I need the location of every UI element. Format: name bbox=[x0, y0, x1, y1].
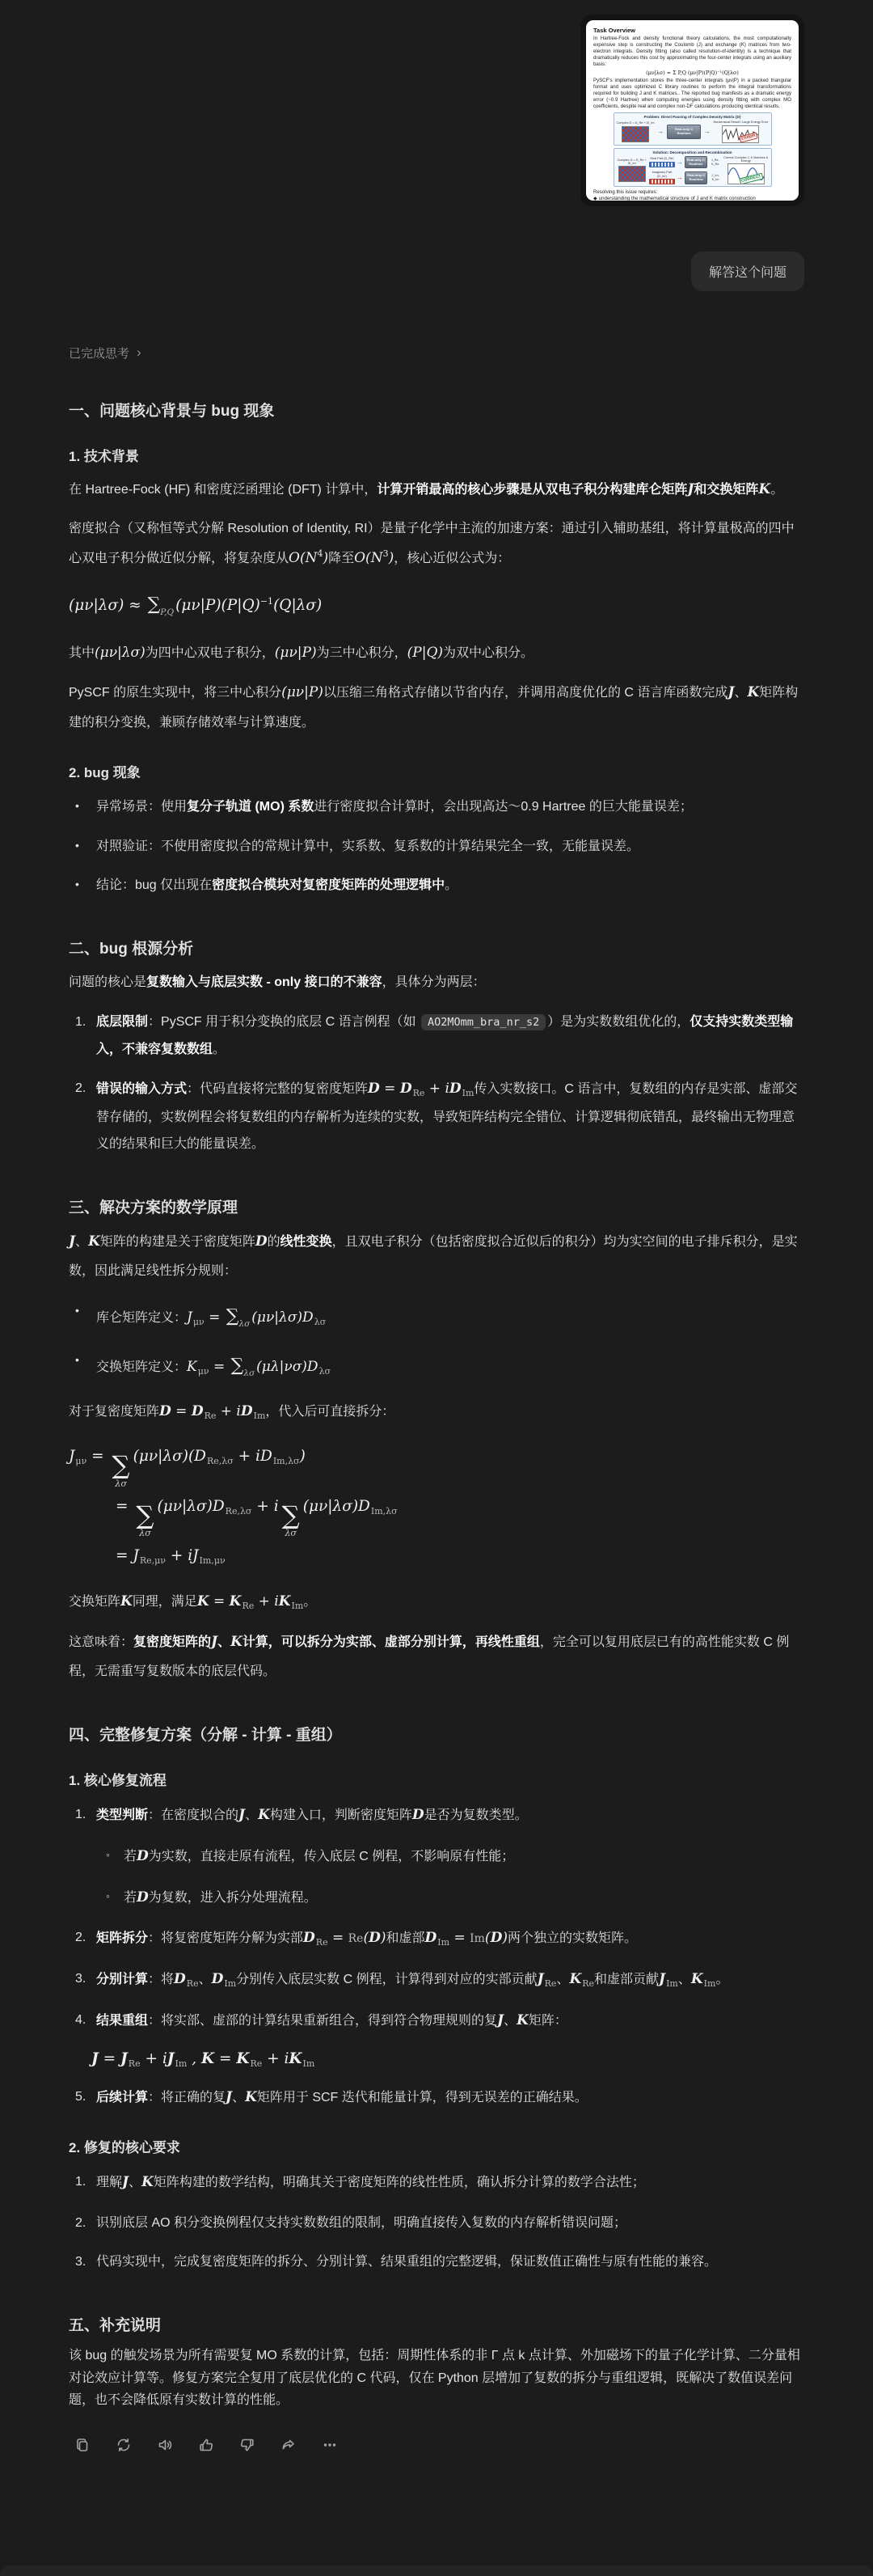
answer-list-item: •异常场景：使用复分子轨道 (MO) 系数进行密度拟合计算时，会出现高达～0.9… bbox=[69, 793, 804, 821]
text-run: 、 bbox=[678, 1973, 691, 1986]
math-run: ) bbox=[502, 1930, 508, 1946]
math-bold-run: J bbox=[497, 2012, 504, 2028]
list-marker: 1. bbox=[75, 2168, 96, 2197]
math-run: + i bbox=[216, 1403, 241, 1419]
math-run: = J bbox=[116, 1547, 139, 1564]
math-bold-run: K bbox=[569, 1971, 581, 1987]
list-marker: 2. bbox=[75, 1924, 96, 1953]
math-bold-run: D bbox=[159, 1403, 171, 1419]
math-bold-run: K bbox=[230, 1634, 242, 1650]
math-bold-run: J bbox=[538, 1971, 544, 1987]
list-marker: • bbox=[75, 873, 96, 900]
copy-button[interactable] bbox=[69, 2431, 96, 2459]
bold-run: 复密度矩阵的 bbox=[133, 1635, 211, 1649]
text-run: 为实数，直接走原有流程，传入底层 C 例程，不影响原有性能； bbox=[149, 1850, 514, 1863]
c-routine-box: Real-only C Routines bbox=[685, 171, 707, 184]
math-run: = bbox=[86, 1448, 108, 1465]
attachment-image[interactable]: Task Overview In Hartree-Fock and densit… bbox=[580, 15, 804, 206]
math-bold-run: J bbox=[91, 2050, 99, 2067]
math-run: O(N bbox=[289, 550, 317, 566]
subscript-run: Re bbox=[250, 2058, 262, 2069]
paper-paragraph-2: PySCF's implementation stores the three-… bbox=[593, 78, 791, 110]
thumbs-up-button[interactable] bbox=[192, 2431, 220, 2459]
answer-list-item: 5.后续计算：将正确的复J、K矩阵用于 SCF 迭代和能量计算，得到无误差的正确… bbox=[69, 2083, 804, 2113]
text-run: 结论：bug 仅出现在 bbox=[96, 878, 212, 892]
answer-section-heading: 二、bug 根源分析 bbox=[69, 937, 804, 958]
math-run: (μν|λσ) ≈ bbox=[69, 597, 146, 614]
math-run: + i bbox=[424, 1081, 449, 1097]
user-prompt-bubble[interactable]: 解答这个问题 bbox=[691, 252, 804, 291]
list-item-text: 错误的输入方式：代码直接将完整的复密度矩阵D = DRe + iDIm传入实数接… bbox=[96, 1075, 804, 1158]
math-bold-run: J bbox=[659, 1971, 665, 1987]
imag-output-label: J_Im, K_Im bbox=[709, 174, 722, 181]
math-bold-run: K bbox=[691, 1971, 703, 1987]
chat-column: Task Overview In Hartree-Fock and densit… bbox=[69, 0, 804, 2459]
answer-paragraph: 密度拟合（又称恒等式分解 Resolution of Identity, RI）… bbox=[69, 514, 804, 573]
math-bold-run: J bbox=[69, 1233, 75, 1250]
text-run: ：PySCF 用于积分变换的底层 C 语言例程（如 bbox=[148, 1015, 420, 1029]
text-run: 该 bug 的触发场景为所有需要复 MO 系数的计算，包括：周期性体系的非 Γ … bbox=[69, 2349, 800, 2407]
math-run: (μν|λσ)D bbox=[158, 1498, 225, 1515]
math-bold-run: D bbox=[425, 1930, 437, 1946]
answer-paragraph: 其中(μν|λσ)为四中心双电子积分，(μν|P)为三中心积分，(P|Q)为双中… bbox=[69, 638, 804, 668]
math-run: O(N bbox=[354, 550, 382, 566]
math-run: + iJ bbox=[166, 1547, 199, 1564]
text-run: 和虚部 bbox=[386, 1931, 425, 1945]
text-run: ：将复密度矩阵分解为实部 bbox=[148, 1931, 303, 1945]
complex-matrix-graphic bbox=[618, 166, 646, 182]
text-run: 和虚部贡献 bbox=[594, 1973, 659, 1986]
math-run: (μν|P)(P|Q) bbox=[175, 597, 260, 614]
math-bold-run: J bbox=[211, 1634, 217, 1650]
math-block: J = JRe + iJIm , K = KRe + iKIm bbox=[69, 2050, 804, 2069]
text-run: 二、bug 根源分析 bbox=[69, 941, 193, 958]
list-marker: 1. bbox=[75, 1801, 96, 1830]
text-run: 2. bug 现象 bbox=[69, 765, 141, 780]
list-item-text: 后续计算：将正确的复J、K矩阵用于 SCF 迭代和能量计算，得到无误差的正确结果… bbox=[96, 2083, 804, 2113]
solution-panel-title: Solution: Decomposition and Recombinatio… bbox=[617, 150, 769, 154]
text-run: 问题的核心是 bbox=[69, 975, 146, 989]
text-run: 在 Hartree-Fock (HF) 和密度泛函理论 (DFT) 计算中， bbox=[69, 483, 377, 497]
math-run: = bbox=[209, 1593, 230, 1609]
arrow-icon: → bbox=[677, 175, 683, 181]
list-item-text: 对照验证：不使用密度拟合的常规计算中，实系数、复系数的计算结果完全一致，无能量误… bbox=[96, 833, 804, 861]
text-run: 为双中心积分。 bbox=[443, 646, 533, 660]
regenerate-button[interactable] bbox=[110, 2431, 137, 2459]
bold-run: 矩阵拆分 bbox=[96, 1931, 148, 1945]
math-operator-run: Re bbox=[348, 1932, 364, 1945]
answer-list-item: •结论：bug 仅出现在密度拟合模块对复密度矩阵的处理逻辑中。 bbox=[69, 872, 804, 899]
text-run: 若 bbox=[124, 1891, 137, 1905]
solution-result-label: Correct Complex J, K Matrices & Energy bbox=[723, 156, 769, 163]
text-run: 、 bbox=[504, 2014, 517, 2028]
thinking-toggle[interactable]: 已完成思考 › bbox=[69, 345, 141, 362]
chevron-right-icon: › bbox=[137, 345, 141, 361]
math-run: (Q|λσ) bbox=[273, 597, 322, 614]
math-bold-run: K bbox=[120, 1593, 133, 1609]
correct-wave-graphic: CORRECT bbox=[727, 163, 765, 184]
subscript-run: Re,μν bbox=[140, 1555, 166, 1566]
imag-part-chip bbox=[649, 179, 675, 184]
summation-display: ∑λσ bbox=[136, 1503, 154, 1538]
paper-requirements: Resolving this issue requires: ◆understa… bbox=[593, 189, 791, 201]
text-run: ，具体分为两层： bbox=[382, 975, 486, 989]
text-run: ：代码直接将完整的复密度矩阵 bbox=[187, 1082, 368, 1096]
text-run: 的 bbox=[268, 1235, 280, 1249]
text-run: ：将实部、虚部的计算结果重新组合，得到符合物理规则的复 bbox=[148, 2014, 497, 2028]
math-bold-run: K bbox=[279, 1593, 291, 1609]
task-overview-paper: Task Overview In Hartree-Fock and densit… bbox=[586, 20, 799, 201]
text-run: 降至 bbox=[328, 552, 354, 565]
math-run: + i bbox=[254, 1593, 279, 1609]
subscript-run: Re bbox=[205, 1411, 217, 1421]
bold-run: 分别计算 bbox=[96, 1973, 148, 1986]
imag-part-label: Imaginary Part (D_Im) bbox=[649, 171, 675, 178]
text-run: 识别底层 AO 积分变换例程仅支持实数数组的限制，明确直接传入复数的内存解析错误… bbox=[96, 2216, 626, 2230]
text-run: 。 bbox=[303, 1595, 316, 1609]
text-run: 分别传入底层实数 C 例程，计算得到对应的实部贡献 bbox=[236, 1973, 537, 1986]
list-item-text: 异常场景：使用复分子轨道 (MO) 系数进行密度拟合计算时，会出现高达～0.9 … bbox=[96, 793, 804, 821]
answer-paragraph: 该 bug 的触发场景为所有需要复 MO 系数的计算，包括：周期性体系的非 Γ … bbox=[69, 2345, 804, 2412]
subscript-run: Re bbox=[129, 2058, 141, 2069]
text-run: ：将 bbox=[148, 1973, 174, 1986]
list-item-text: 识别底层 AO 积分变换例程仅支持实数数组的限制，明确直接传入复数的内存解析错误… bbox=[96, 2210, 804, 2237]
answer-list-item: •对照验证：不使用密度拟合的常规计算中，实系数、复系数的计算结果完全一致，无能量… bbox=[69, 833, 804, 861]
math-bold-run: K bbox=[747, 684, 759, 700]
math-bold-run: K bbox=[230, 1593, 242, 1609]
answer-list-item: 1.理解J、K矩阵构建的数学结构，明确其关于密度矩阵的线性性质，确认拆分计算的数… bbox=[69, 2168, 804, 2197]
answer-list-item: 2.矩阵拆分：将复密度矩阵分解为实部DRe = Re(D)和虚部DIm = Im… bbox=[69, 1924, 804, 1953]
list-marker: 3. bbox=[75, 1965, 96, 1994]
math-bold-run: D bbox=[303, 1930, 315, 1946]
summation-inline: ∑λσ bbox=[231, 1360, 255, 1374]
c-routine-box: Real-only C Routines bbox=[685, 156, 707, 169]
text-run: 库仑矩阵定义： bbox=[96, 1311, 187, 1325]
math-run: = bbox=[380, 1081, 400, 1097]
math-bold-run: J bbox=[226, 2089, 232, 2105]
subscript-run: Im bbox=[704, 1978, 716, 1989]
list-marker: 2. bbox=[75, 1075, 96, 1158]
text-run: 代码实现中，完成复密度矩阵的拆分、分别计算、结果重组的完整逻辑，保证数值正确性与… bbox=[96, 2255, 717, 2269]
text-run: 为三中心积分， bbox=[317, 646, 407, 660]
diamond-bullet-icon: ◆ bbox=[593, 196, 597, 201]
bold-run: 复分子轨道 (MO) 系数 bbox=[187, 800, 314, 814]
math-run: + i bbox=[141, 2050, 167, 2067]
text-run: 矩阵用于 SCF 迭代和能量计算，得到无误差的正确结果。 bbox=[257, 2091, 588, 2104]
text-run: 。 bbox=[445, 878, 458, 892]
list-item-text: 矩阵拆分：将复密度矩阵分解为实部DRe = Re(D)和虚部DIm = Im(D… bbox=[96, 1924, 804, 1953]
math-run: ) bbox=[300, 1448, 306, 1465]
text-run: 、 bbox=[199, 1973, 212, 1986]
list-marker: 3. bbox=[75, 2248, 96, 2276]
list-marker: 5. bbox=[75, 2083, 96, 2113]
math-run: , bbox=[187, 2050, 201, 2067]
text-run: 、 bbox=[556, 1973, 569, 1986]
math-run: = bbox=[214, 2050, 236, 2067]
subscript-run: Im bbox=[437, 1937, 449, 1948]
math-run: K bbox=[187, 1359, 197, 1375]
text-run: 以压缩三角格式存储以节省内存，并调用高度优化的 C 语言库函数完成 bbox=[323, 686, 727, 700]
text-run: 矩阵构建的数学结构，明确其关于密度矩阵的线性性质，确认拆分计算的数学合法性； bbox=[154, 2176, 645, 2189]
list-marker: ◦ bbox=[106, 1843, 124, 1872]
subscript-run: λσ bbox=[319, 1366, 331, 1377]
math-bold-run: D bbox=[491, 1930, 503, 1946]
answer-list-item: •交换矩阵定义：Kμν = ∑λσ(μλ|νσ)Dλσ bbox=[69, 1347, 804, 1385]
text-run: 。 bbox=[715, 1973, 728, 1986]
text-run: ，核心近似公式为： bbox=[394, 552, 510, 565]
math-block: (μν|λσ) ≈ ∑P,Q(μν|P)(P|Q)−1(Q|λσ) bbox=[69, 594, 804, 617]
math-run: = bbox=[205, 1309, 225, 1326]
summation-display: ∑λσ bbox=[112, 1453, 130, 1488]
list-item-text: 理解J、K矩阵构建的数学结构，明确其关于密度矩阵的线性性质，确认拆分计算的数学合… bbox=[96, 2168, 804, 2197]
subscript-run: Re bbox=[582, 1978, 594, 1989]
answer-list-item: 3.代码实现中，完成复密度矩阵的拆分、分别计算、结果重组的完整逻辑，保证数值正确… bbox=[69, 2248, 804, 2276]
answer-list-item: 4.结果重组：将实部、虚部的计算结果重新组合，得到符合物理规则的复J、K矩阵： bbox=[69, 2007, 804, 2036]
assistant-message: 一、问题核心背景与 bug 现象1. 技术背景在 Hartree-Fock (H… bbox=[69, 399, 804, 2412]
math-bold-run: D bbox=[192, 1403, 204, 1419]
math-run: J bbox=[187, 1309, 192, 1326]
math-bold-run: D bbox=[255, 1233, 268, 1250]
bold-run: 错误的输入方式 bbox=[96, 1082, 187, 1096]
bold-run: 计算开销最高的核心步骤是从双电子积分构建库仑矩阵 bbox=[377, 483, 687, 497]
subscript-run: Im bbox=[224, 1978, 236, 1989]
text-run: ）是为实数数组优化的， bbox=[547, 1015, 690, 1029]
bold-run: 、 bbox=[217, 1635, 230, 1649]
arrow-icon: → bbox=[704, 129, 711, 135]
error-waveform-graphic: ERROR bbox=[722, 125, 759, 143]
list-marker: • bbox=[75, 794, 96, 822]
text-run: 一、问题核心背景与 bug 现象 bbox=[69, 403, 274, 420]
math-run: ) bbox=[381, 1930, 386, 1946]
math-bold-run: D bbox=[212, 1971, 224, 1987]
math-line: = JRe,μν + iJIm,μν bbox=[69, 1547, 804, 1566]
math-line: Jμν = ∑λσ(μν|λσ)(DRe,λσ + iDIm,λσ) bbox=[69, 1448, 804, 1488]
math-run: + iD bbox=[234, 1448, 272, 1465]
text-run: 五、补充说明 bbox=[69, 2317, 161, 2334]
math-run: ( bbox=[485, 1930, 491, 1946]
math-run: + i bbox=[251, 1498, 278, 1515]
summation-display: ∑λσ bbox=[282, 1503, 300, 1538]
chat-page: { "attachment": { "title": "Task Overvie… bbox=[0, 0, 873, 2576]
subscript-run: Im,λσ bbox=[371, 1506, 398, 1516]
math-bold-run: K bbox=[236, 2050, 249, 2067]
bold-run: 类型判断 bbox=[96, 1808, 148, 1822]
math-bold-run: D bbox=[369, 1930, 381, 1946]
text-run: 为复数，进入拆分处理流程。 bbox=[149, 1891, 317, 1905]
inline-code: AO2MOmm_bra_nr_s2 bbox=[421, 1014, 546, 1030]
paper-formula: (μν|λσ) ≈ Σ P,Q (μν|P)(P|Q)⁻¹(Q|λσ) bbox=[593, 70, 791, 76]
math-bold-run: J bbox=[122, 2174, 129, 2190]
summation-inline: ∑P,Q bbox=[148, 599, 175, 613]
text-run: 三、解决方案的数学原理 bbox=[69, 1199, 238, 1216]
answer-subheading: 2. 修复的核心要求 bbox=[69, 2136, 804, 2156]
text-run: 异常场景：使用 bbox=[96, 800, 187, 814]
math-bold-run: D bbox=[400, 1081, 412, 1097]
problem-matrix-label: Complex D = D_Re + iD_Im bbox=[617, 121, 655, 125]
list-marker: • bbox=[75, 1348, 96, 1385]
text-run: ：将正确的复 bbox=[148, 2091, 226, 2104]
list-item-text: 分别计算：将DRe、DIm分别传入底层实数 C 例程，计算得到对应的实部贡献JR… bbox=[96, 1965, 804, 1994]
text-run: PySCF 的原生实现中，将三中心积分 bbox=[69, 686, 281, 700]
list-marker: 4. bbox=[75, 2007, 96, 2036]
text-run: 矩阵的构建是关于密度矩阵 bbox=[100, 1235, 255, 1249]
answer-paragraph: PySCF 的原生实现中，将三中心积分(μν|P)以压缩三角格式存储以节省内存，… bbox=[69, 678, 804, 737]
read-aloud-button[interactable] bbox=[151, 2431, 179, 2459]
list-item-text: 结论：bug 仅出现在密度拟合模块对复密度矩阵的处理逻辑中。 bbox=[96, 872, 804, 899]
math-run: J bbox=[69, 1448, 74, 1465]
subscript-run: Im,λσ bbox=[273, 1456, 300, 1466]
list-item-text: 库仑矩阵定义：Jμν = ∑λσ(μν|λσ)Dλσ bbox=[96, 1298, 804, 1335]
superscript-run: 3 bbox=[383, 548, 389, 559]
summation-inline: ∑λσ bbox=[226, 1311, 251, 1325]
subscript-run: μν bbox=[193, 1317, 205, 1327]
math-bold-run: K bbox=[517, 2012, 529, 2028]
complex-matrix-graphic bbox=[622, 126, 649, 142]
bold-run: 密度拟合模块对复密度矩阵的处理逻辑中 bbox=[212, 878, 445, 892]
list-marker: 1. bbox=[75, 1009, 96, 1063]
text-run: 是否为复数类型。 bbox=[424, 1808, 528, 1822]
subscript-run: Im bbox=[175, 2058, 188, 2069]
real-part-chip bbox=[649, 162, 675, 167]
answer-subheading: 1. 技术背景 bbox=[69, 445, 804, 465]
bold-run: 底层限制 bbox=[96, 1015, 148, 1029]
subscript-run: μν bbox=[75, 1456, 86, 1466]
answer-list-item: ◦若D为复数，进入拆分处理流程。 bbox=[69, 1884, 804, 1913]
solution-matrix-label: Complex D = D_Re + iD_Im bbox=[617, 159, 647, 166]
thinking-label: 已完成思考 bbox=[69, 345, 129, 362]
more-button[interactable] bbox=[316, 2431, 344, 2459]
text-run: 构建入口，判断密度矩阵 bbox=[270, 1808, 412, 1822]
math-run: = bbox=[116, 1498, 133, 1515]
math-bold-run: D bbox=[368, 1081, 380, 1097]
composer-top-edge bbox=[0, 2565, 873, 2576]
answer-paragraph: 对于复密度矩阵D = DRe + iDIm，代入后可直接拆分： bbox=[69, 1397, 804, 1427]
answer-paragraph: J、K矩阵的构建是关于密度矩阵D的线性变换，且双电子积分（包括密度拟合近似后的积… bbox=[69, 1227, 804, 1286]
math-operator-run: Im bbox=[470, 1932, 485, 1945]
answer-list-item: 2.错误的输入方式：代码直接将完整的复密度矩阵D = DRe + iDIm传入实… bbox=[69, 1075, 804, 1158]
bold-run: 复数输入与底层实数 - only 接口的不兼容 bbox=[146, 975, 382, 989]
math-run: = bbox=[328, 1930, 348, 1946]
solution-panel: Solution: Decomposition and Recombinatio… bbox=[614, 148, 772, 188]
list-item-text: 若D为复数，进入拆分处理流程。 bbox=[124, 1884, 804, 1913]
requirement-item: understanding the mathematical structure… bbox=[599, 196, 756, 201]
answer-paragraph: 问题的核心是复数输入与底层实数 - only 接口的不兼容，具体分为两层： bbox=[69, 968, 804, 996]
math-run: (μν|P) bbox=[281, 684, 323, 700]
list-marker: 2. bbox=[75, 2210, 96, 2237]
share-button[interactable] bbox=[275, 2431, 302, 2459]
text-run: 这意味着： bbox=[69, 1635, 133, 1649]
text-run: 若 bbox=[124, 1850, 137, 1863]
bold-run: 后续计算 bbox=[96, 2091, 148, 2104]
user-message: Task Overview In Hartree-Fock and densit… bbox=[69, 15, 804, 206]
answer-section-heading: 五、补充说明 bbox=[69, 2313, 804, 2335]
math-run: (μν|λσ) bbox=[95, 645, 145, 661]
text-run: 对于复密度矩阵 bbox=[69, 1405, 159, 1419]
math-bold-run: J bbox=[120, 2050, 128, 2067]
text-run: 其中 bbox=[69, 646, 95, 660]
text-run: ，代入后可直接拆分： bbox=[265, 1405, 394, 1419]
math-bold-run: K bbox=[258, 1807, 270, 1823]
math-block: Jμν = ∑λσ(μν|λσ)(DRe,λσ + iDIm,λσ)= ∑λσ(… bbox=[69, 1448, 804, 1566]
problem-panel: Problem: Direct Passing of Complex Densi… bbox=[614, 112, 772, 145]
text-run: 。 bbox=[213, 1043, 226, 1056]
subscript-run: Re bbox=[242, 1601, 254, 1611]
bold-run: 结果重组 bbox=[96, 2014, 148, 2028]
requirements-intro: Resolving this issue requires: bbox=[593, 189, 791, 196]
text-run: 为四中心双电子积分， bbox=[145, 646, 275, 660]
math-bold-run: D bbox=[174, 1971, 186, 1987]
math-bold-run: K bbox=[289, 2050, 302, 2067]
subscript-run: μν bbox=[198, 1366, 209, 1377]
math-bold-run: D bbox=[449, 1081, 462, 1097]
subscript-run: Re bbox=[545, 1978, 557, 1989]
math-run: (μλ|νσ)D bbox=[256, 1359, 318, 1375]
subscript-run: Im bbox=[292, 1601, 304, 1611]
math-bold-run: K bbox=[197, 1593, 209, 1609]
math-line: (μν|λσ) ≈ ∑P,Q(μν|P)(P|Q)−1(Q|λσ) bbox=[69, 594, 804, 617]
text-run: 、 bbox=[129, 2176, 141, 2189]
subscript-run: Im bbox=[303, 2058, 315, 2069]
bold-run: 线性变换 bbox=[280, 1235, 332, 1249]
answer-subheading: 1. 核心修复流程 bbox=[69, 1769, 804, 1789]
message-actions bbox=[69, 2431, 804, 2459]
answer-subheading: 2. bug 现象 bbox=[69, 761, 804, 781]
math-bold-run: D bbox=[412, 1807, 424, 1823]
subscript-run: Re bbox=[187, 1978, 199, 1989]
math-bold-run: D bbox=[137, 1848, 149, 1864]
text-run: 、 bbox=[734, 686, 747, 700]
math-bold-run: D bbox=[137, 1889, 149, 1906]
real-part-label: Real Part (D_Re) bbox=[650, 157, 673, 160]
math-bold-run: K bbox=[88, 1233, 100, 1250]
answer-paragraph: 交换矩阵K同理，满足K = KRe + iKIm。 bbox=[69, 1587, 804, 1617]
paper-paragraph-1: In Hartree-Fock and density functional t… bbox=[593, 36, 791, 68]
text-run: 2. 修复的核心要求 bbox=[69, 2140, 180, 2155]
bold-run: 计算，可以拆分为实部、虚部分别计算，再线性重组 bbox=[242, 1635, 540, 1649]
subscript-run: Im bbox=[254, 1411, 266, 1421]
subscript-run: Im bbox=[666, 1978, 678, 1989]
math-bold-run: K bbox=[201, 2050, 214, 2067]
text-run: 同理，满足 bbox=[133, 1595, 197, 1609]
text-run: 。 bbox=[770, 483, 783, 497]
text-run: 1. 核心修复流程 bbox=[69, 1773, 167, 1788]
real-output-label: J_Re, K_Re bbox=[709, 159, 722, 166]
math-line: = ∑λσ(μν|λσ)DRe,λσ + i∑λσ(μν|λσ)DIm,λσ bbox=[69, 1498, 804, 1538]
subscript-run: Re,λσ bbox=[207, 1456, 234, 1466]
math-run: = bbox=[209, 1359, 230, 1375]
math-run: (μν|λσ)D bbox=[303, 1498, 370, 1515]
subscript-run: Im,μν bbox=[200, 1555, 226, 1566]
superscript-run: −1 bbox=[260, 596, 273, 607]
text-run: 进行密度拟合计算时，会出现高达～0.9 Hartree 的巨大能量误差； bbox=[314, 800, 693, 814]
text-run: 两个独立的实数矩阵。 bbox=[508, 1931, 637, 1945]
subscript-run: Re bbox=[413, 1088, 425, 1098]
arrow-icon: → bbox=[657, 129, 664, 135]
math-bold-run: K bbox=[758, 481, 770, 497]
answer-paragraph: 在 Hartree-Fock (HF) 和密度泛函理论 (DFT) 计算中，计算… bbox=[69, 475, 804, 505]
math-run: = bbox=[449, 1930, 470, 1946]
math-bold-run: K bbox=[245, 2089, 257, 2105]
text-run: 理解 bbox=[96, 2176, 122, 2189]
math-run: (μν|λσ)(D bbox=[133, 1448, 206, 1465]
math-bold-run: D bbox=[241, 1403, 253, 1419]
answer-list-item: 3.分别计算：将DRe、DIm分别传入底层实数 C 例程，计算得到对应的实部贡献… bbox=[69, 1965, 804, 1994]
math-bold-run: K bbox=[141, 2174, 154, 2190]
thumbs-down-button[interactable] bbox=[234, 2431, 261, 2459]
paper-diagram: Problem: Direct Passing of Complex Densi… bbox=[614, 112, 772, 187]
math-bold-run: J bbox=[238, 1807, 245, 1823]
c-routine-box: Real-only C Routines bbox=[667, 125, 701, 139]
